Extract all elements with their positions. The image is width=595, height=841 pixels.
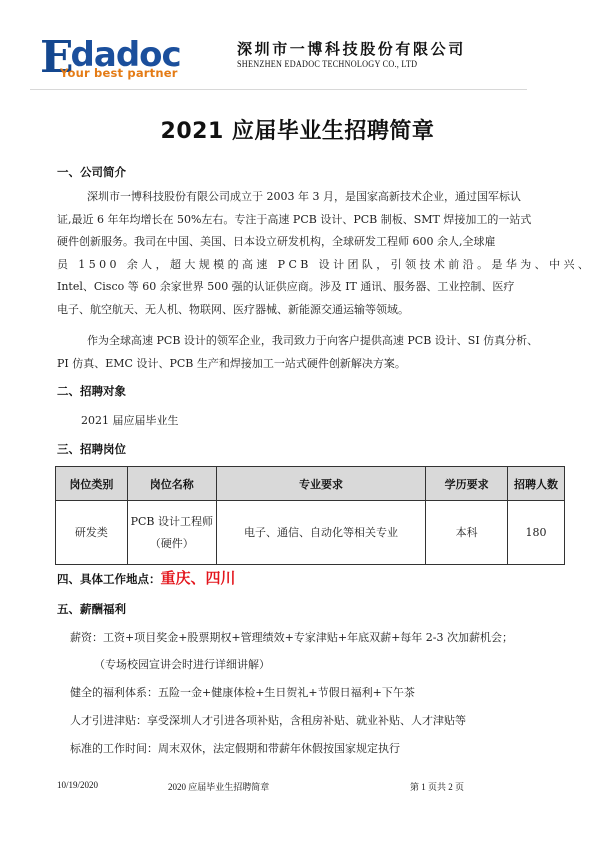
footer-date: 10/19/2020 [57, 780, 98, 790]
table-row: 研发类 PCB 设计工程师 （硬件） 电子、通信、自动化等相关专业 本科 180 [56, 501, 565, 565]
company-name-cn: 深圳市一博科技股份有限公司 [237, 38, 466, 59]
benefit-talent: 人才引进津贴：享受深圳人才引进各项补贴，含租房补贴、就业补贴、人才津贴等 [70, 712, 466, 728]
header-divider [30, 89, 527, 90]
section-heading-location: 四、具体工作地点：重庆、四川 [57, 567, 236, 588]
section-heading-target: 二、招聘对象 [57, 383, 126, 399]
intro-paragraph-2: 作为全球高速 PCB 设计的领军企业，我司致力于向客户提供高速 PCB 设计、S… [57, 330, 550, 375]
benefit-hours: 标准的工作时间：周末双休，法定假期和带薪年休假按国家规定执行 [70, 740, 400, 756]
col-header-count: 招聘人数 [508, 467, 565, 501]
section-heading-positions: 三、招聘岗位 [57, 441, 126, 457]
footer-doc-title: 2020 应届毕业生招聘简章 [168, 780, 269, 793]
benefit-salary: 薪资：工资+项目奖金+股票期权+管理绩效+专家津贴+年底双薪+每年 2-3 次加… [70, 629, 513, 645]
page-header: Edadoc Your best partner 深圳市一博科技股份有限公司 S… [0, 0, 595, 90]
benefit-salary-note: （专场校园宣讲会时进行详细讲解） [94, 656, 270, 672]
page-title: 2021 应届毕业生招聘简章 [0, 114, 595, 145]
section-heading-benefits: 五、薪酬福利 [57, 601, 126, 617]
cell-count: 180 [508, 501, 565, 565]
location-value: 重庆、四川 [161, 569, 236, 587]
col-header-education: 学历要求 [426, 467, 508, 501]
positions-table: 岗位类别 岗位名称 专业要求 学历要求 招聘人数 研发类 PCB 设计工程师 （… [55, 466, 565, 565]
target-value: 2021 届应届毕业生 [81, 412, 179, 428]
company-name-en: SHENZHEN EDADOC TECHNOLOGY CO., LTD [237, 60, 417, 70]
table-header-row: 岗位类别 岗位名称 专业要求 学历要求 招聘人数 [56, 467, 565, 501]
cell-major: 电子、通信、自动化等相关专业 [216, 501, 426, 565]
intro-paragraph-1: 深圳市一博科技股份有限公司成立于 2003 年 3 月，是国家高新技术企业，通过… [57, 186, 550, 321]
benefit-welfare: 健全的福利体系：五险一金+健康体检+生日贺礼+节假日福利+下午茶 [70, 684, 415, 700]
col-header-category: 岗位类别 [56, 467, 128, 501]
edadoc-logo: Edadoc Your best partner [40, 40, 205, 85]
cell-name: PCB 设计工程师 （硬件） [127, 501, 216, 565]
cell-category: 研发类 [56, 501, 128, 565]
section-heading-intro: 一、公司简介 [57, 164, 126, 180]
col-header-major: 专业要求 [216, 467, 426, 501]
col-header-name: 岗位名称 [127, 467, 216, 501]
footer-page-info: 第 1 页共 2 页 [410, 780, 464, 793]
logo-tagline: Your best partner [60, 66, 178, 80]
cell-education: 本科 [426, 501, 508, 565]
